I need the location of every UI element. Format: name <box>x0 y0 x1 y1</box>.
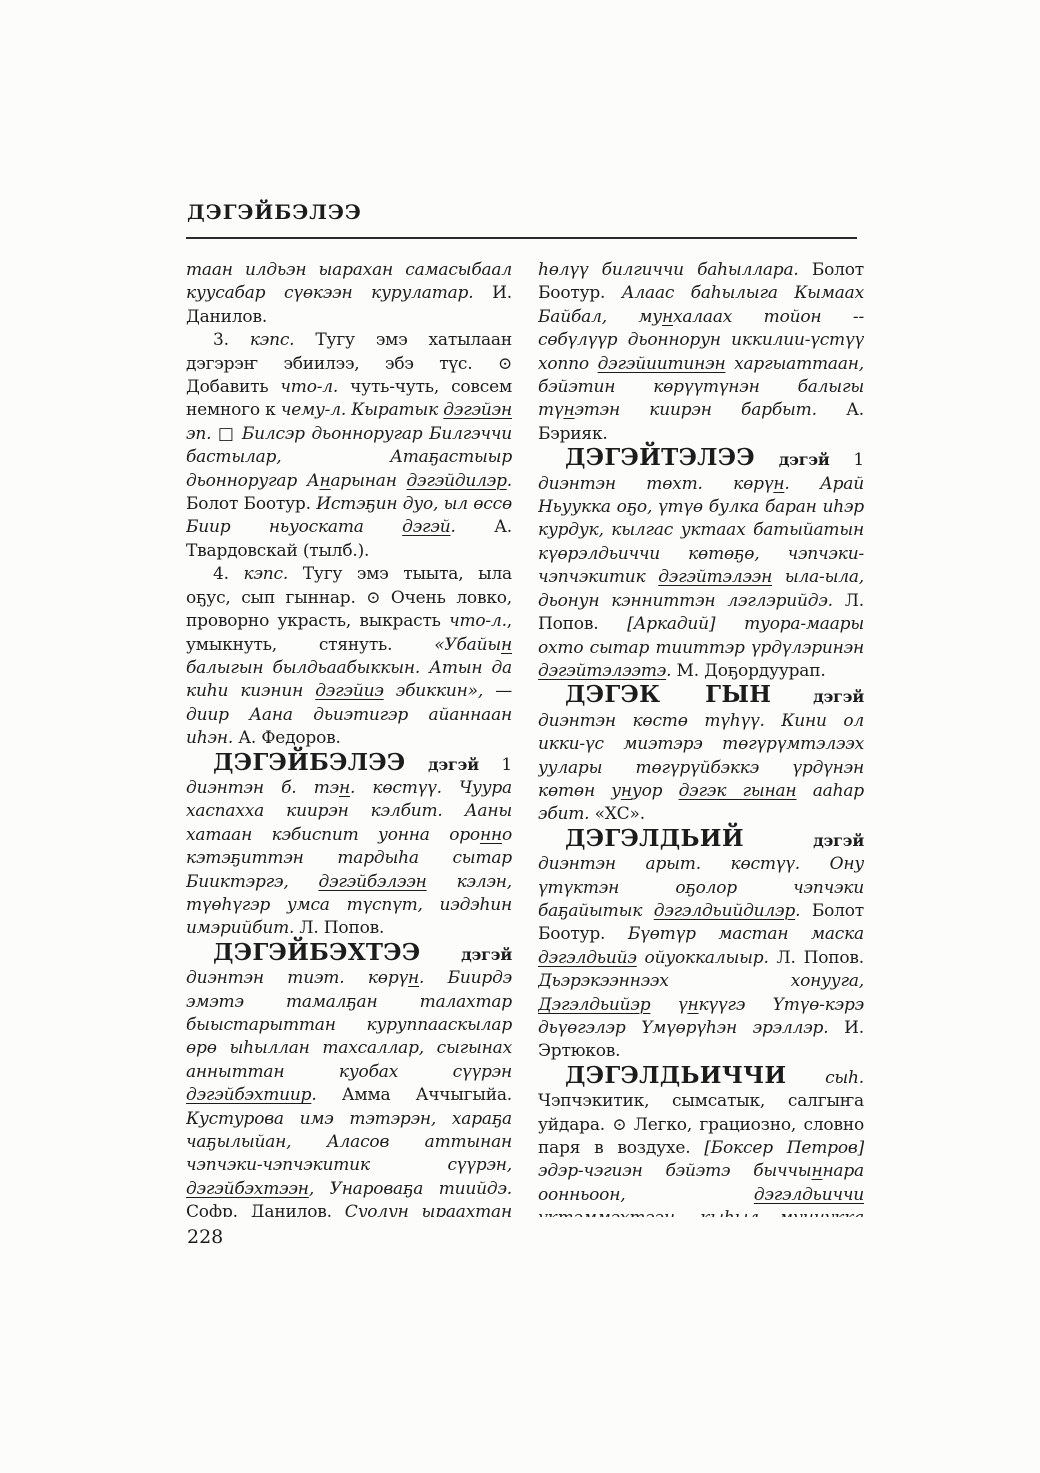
text-run: дэгэйбэлээн <box>319 872 427 892</box>
text-run: н <box>491 825 502 845</box>
entry-paragraph: 3. кэпс. Тугу эмэ хатылаан дэгэрэҥ эбиил… <box>186 329 512 563</box>
text-run: үктэммэхтээн, кыһыл муннукка тиийэн тохт… <box>538 1208 864 1217</box>
text-run: , Унароваҕа тиийдэ. <box>309 1179 512 1199</box>
text-run: дэгэй <box>406 755 502 774</box>
text-run: дэгэйиитинэн <box>598 354 726 374</box>
text-run: Дэгэлдьийэр <box>538 995 650 1015</box>
page-number: 228 <box>187 1226 223 1248</box>
text-run: дэгэлдьиччи <box>754 1185 864 1205</box>
entry-paragraph: ДЭГЭЛДЬИЙ дэгэй диэнтэн арыт. көстүү. Он… <box>538 827 864 1064</box>
text-run: «ХС». <box>589 804 645 824</box>
text-run: н <box>501 635 512 655</box>
text-run: что-л. <box>280 377 338 397</box>
text-run: н <box>773 474 784 494</box>
text-run: дэгэйдилэр <box>406 471 506 491</box>
text-run: сыһ. <box>786 1068 864 1088</box>
left-column: таан илдьэн ыарахан самасыбаал куусабар … <box>186 259 512 1217</box>
dictionary-page: ДЭГЭЙБЭЛЭЭ таан илдьэн ыарахан самасыбаа… <box>0 0 1040 1473</box>
header-rule <box>186 237 857 239</box>
text-run: дэгэй <box>744 831 864 850</box>
text-run: дэгэлдьийдилэр <box>654 901 795 921</box>
text-run: «Убайы <box>434 635 501 655</box>
text-run: н <box>621 781 632 801</box>
headword: ДЭГЭЙБЭЛЭЭ <box>213 749 406 776</box>
text-run: дэгэйбэхтиир <box>186 1085 311 1105</box>
text-run: диэнтэн тиэт. көрү <box>186 968 408 988</box>
text-run: дэгэй <box>402 517 450 537</box>
entry-paragraph: ДЭГЭЛДЬИЧЧИ сыһ. Чэпчэкитик, сымсатык, с… <box>538 1064 864 1217</box>
text-run: Софр. Данилов. <box>186 1202 345 1217</box>
entry-paragraph: таан илдьэн ыарахан самасыбаал куусабар … <box>186 259 512 329</box>
text-run: дэгэйэн <box>443 400 512 420</box>
text-run: 1 <box>853 450 864 470</box>
text-run: уор <box>632 781 679 801</box>
text-columns: таан илдьэн ыарахан самасыбаал куусабар … <box>186 259 864 1217</box>
headword: ДЭГЭК ГЫН <box>565 681 771 708</box>
text-run: 1 <box>501 755 512 775</box>
entry-paragraph: ДЭГЭЙБЭЛЭЭ дэгэй 1 диэнтэн б. тэн. көстү… <box>186 751 512 941</box>
text-run: диэнтэн б. тэ <box>186 778 339 798</box>
text-run: ү <box>650 995 687 1015</box>
text-run: Бүөтүр мастан маска <box>628 924 864 944</box>
text-run: дэгэй <box>771 687 864 706</box>
text-run: н <box>339 778 350 798</box>
text-run: 4. <box>213 564 244 584</box>
text-run: Л. Попов. <box>769 948 864 968</box>
entry-paragraph: ДЭГЭЙБЭХТЭЭ дэгэй диэнтэн тиэт. көрүн. Б… <box>186 941 512 1217</box>
entry-paragraph: 4. кэпс. Тугу эмэ тыыта, ыла оҕус, сып г… <box>186 563 512 750</box>
text-run: дэгэлдьийэ <box>538 948 637 968</box>
text-run: н <box>563 400 574 420</box>
text-run: дэгэйбэхтээн <box>186 1179 309 1199</box>
text-run: Л. Попов. <box>294 918 384 938</box>
text-run: Кустурова имэ тэтэрэн, хараҕа чаҕылыйан,… <box>186 1109 512 1176</box>
text-run: □ <box>211 424 242 444</box>
entry-paragraph: ДЭГЭК ГЫН дэгэй диэнтэн көстө түһүү. Кин… <box>538 683 864 826</box>
text-run: дэгэйтэлээтэ <box>538 661 666 681</box>
right-column: һөлүү билгиччи баһыллара. Болот Боотур. … <box>538 259 864 1217</box>
text-run: н <box>408 968 419 988</box>
text-run: н <box>662 307 673 327</box>
text-run: һөлүү билгиччи баһыллара. <box>538 260 799 280</box>
text-run: таан илдьэн ыарахан самасыбаал куусабар … <box>186 260 512 303</box>
text-run: этэн киирэн барбыт. <box>574 400 816 420</box>
text-run: кэпс. <box>250 330 295 350</box>
text-run: Болот Боотур. <box>186 494 316 514</box>
text-run: Амма Аччыгыйа. <box>317 1085 512 1105</box>
text-run: н <box>480 825 491 845</box>
text-run: эп. <box>186 424 211 444</box>
text-run: н <box>687 995 698 1015</box>
text-run: Кыратык <box>351 400 443 420</box>
headword: ДЭГЭЙБЭХТЭЭ <box>213 939 420 966</box>
headword: ДЭГЭЛДЬИЧЧИ <box>565 1062 786 1089</box>
text-run: арынан <box>331 471 407 491</box>
text-run: н <box>320 471 331 491</box>
text-run: ойуоккалыыр. <box>637 948 769 968</box>
text-run: кэпс. <box>244 564 289 584</box>
text-run: чему-л. <box>281 400 346 420</box>
text-run: диэнтэн төхт. көрү <box>538 474 773 494</box>
text-run: что-л. <box>449 611 507 631</box>
text-run: 3. <box>213 330 250 350</box>
text-run: н <box>811 1161 822 1181</box>
entry-paragraph: ДЭГЭЙТЭЛЭЭ дэгэй 1 диэнтэн төхт. көрүн. … <box>538 446 864 683</box>
text-run: дэгэй <box>420 945 512 964</box>
text-run: дэгэй <box>755 450 853 469</box>
text-run: А. Федоров. <box>233 728 341 748</box>
headword: ДЭГЭЙТЭЛЭЭ <box>565 444 755 471</box>
running-head: ДЭГЭЙБЭЛЭЭ <box>187 200 362 224</box>
text-run: М. Доҕордуурап. <box>671 661 825 681</box>
headword: ДЭГЭЛДЬИЙ <box>565 825 744 852</box>
text-run: дэгэйиэ <box>315 681 383 701</box>
text-run: дэгэйтэлээн <box>658 567 772 587</box>
text-run: . <box>507 471 512 491</box>
text-run: дэгэк гынан <box>679 781 797 801</box>
entry-paragraph: һөлүү билгиччи баһыллара. Болот Боотур. … <box>538 259 864 446</box>
text-run: Дьэрэкээннээх хонууга, <box>538 971 864 991</box>
